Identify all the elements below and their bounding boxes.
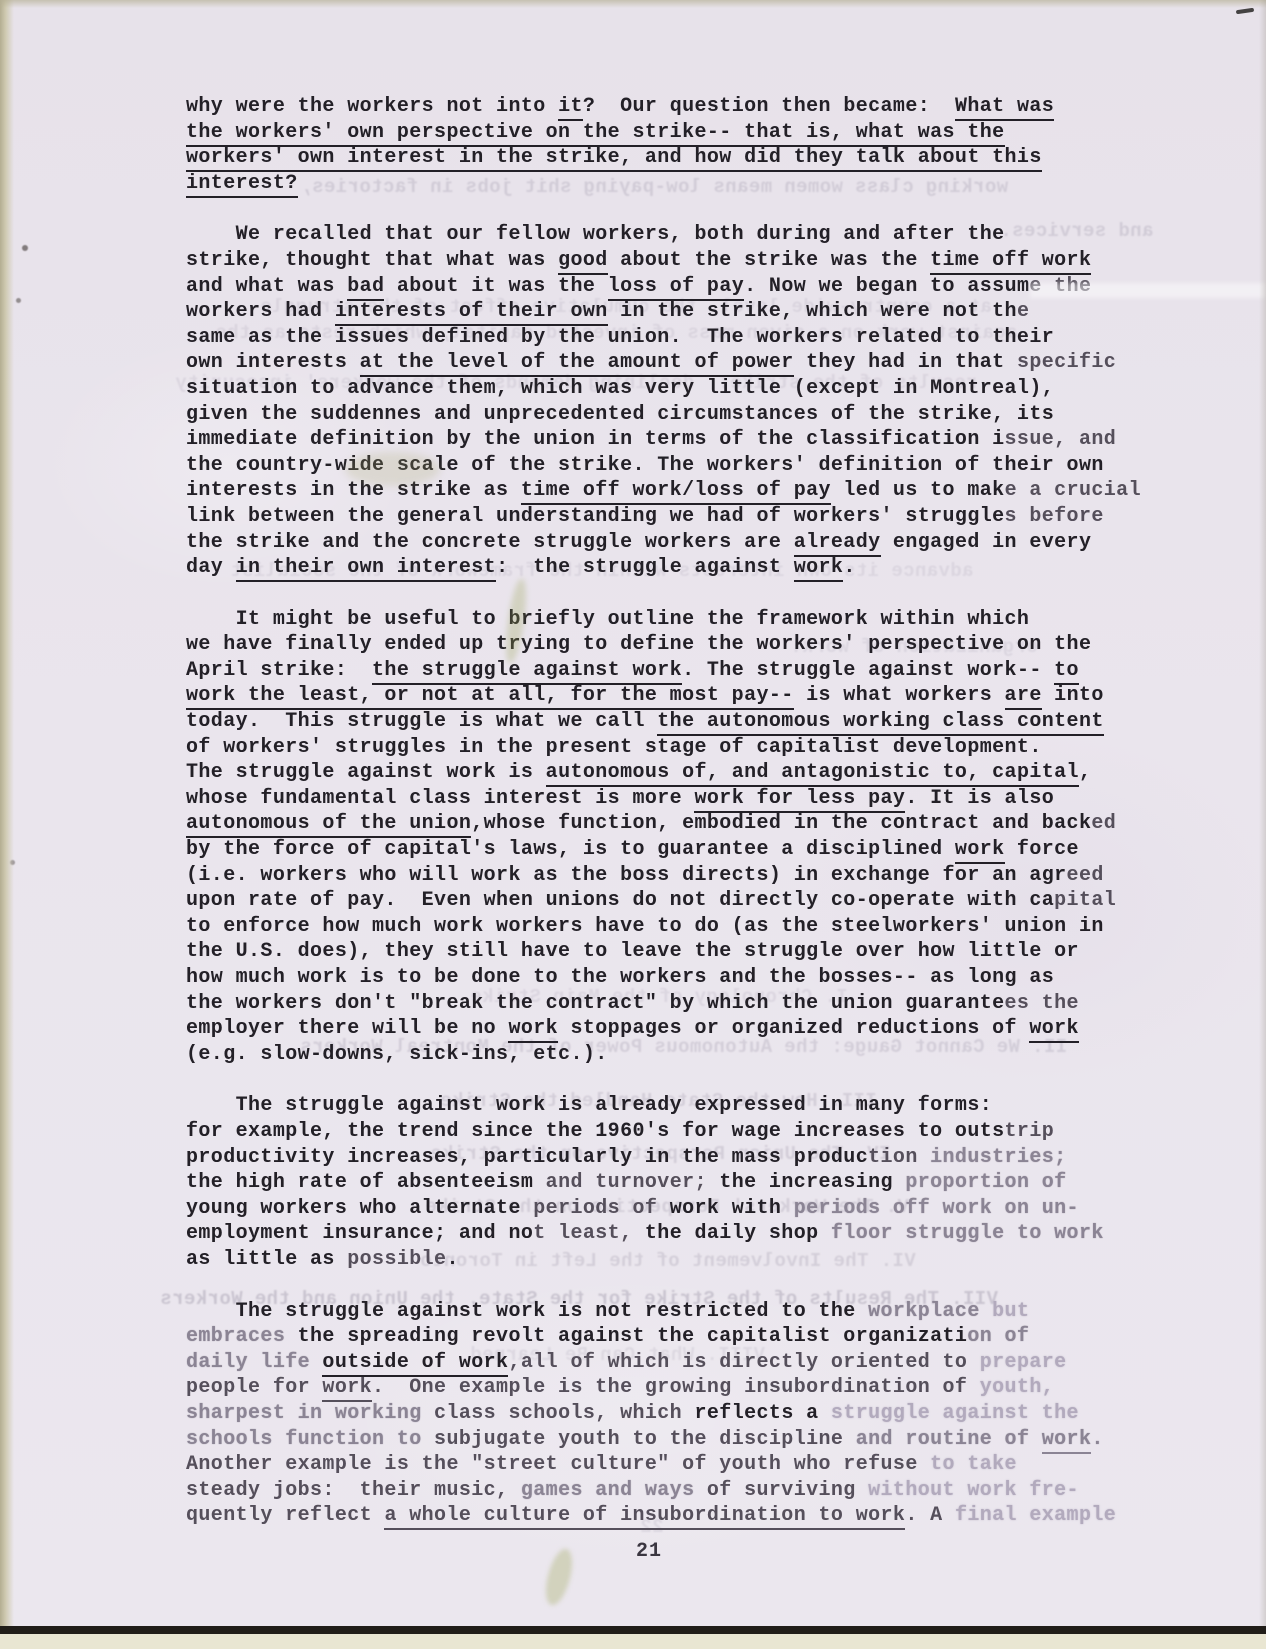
underlined-text-segment: work xyxy=(955,838,1005,864)
text-segment: the U.S. does), they still have to leave… xyxy=(186,940,1079,963)
text-line: quently reflect a whole culture of insub… xyxy=(186,1503,1141,1529)
page-number: 21 xyxy=(636,1540,662,1563)
text-segment: given the suddennes and unprecedented ci… xyxy=(186,403,1054,426)
text-line: interest? xyxy=(186,171,1141,197)
text-segment: embraces xyxy=(186,1325,285,1348)
text-line: upon rate of pay. Even when unions do no… xyxy=(186,888,1141,914)
text-line: people for work. One example is the grow… xyxy=(186,1375,1141,1401)
text-line: April strike: the struggle against work.… xyxy=(186,658,1141,684)
text-segment: situation to advance them, which was ver… xyxy=(186,377,1054,400)
underlined-text-segment: the autonomous working class content xyxy=(657,710,1103,736)
text-segment: to enforce how much work workers have to… xyxy=(186,915,1104,938)
underlined-text-segment: in their own interest xyxy=(236,556,496,582)
text-segment: prepare xyxy=(980,1351,1067,1374)
text-line: and what was bad about it was the loss o… xyxy=(186,274,1141,300)
text-segment: engaged in every xyxy=(881,531,1092,554)
underlined-text-segment: work xyxy=(1029,1017,1079,1043)
text-segment: productivity increases, particularly in … xyxy=(186,1146,868,1169)
text-line: today. This struggle is what we call the… xyxy=(186,709,1141,735)
text-segment: class schools, which xyxy=(434,1402,694,1425)
text-line: The struggle against work is already exp… xyxy=(186,1093,1141,1119)
text-line: strike, thought that what was good about… xyxy=(186,248,1141,274)
text-segment: upon rate of pay. Even when unions do no… xyxy=(186,889,1054,912)
text-segment: pital xyxy=(1054,889,1116,912)
text-line: the U.S. does), they still have to leave… xyxy=(186,939,1141,965)
text-segment: trip xyxy=(1005,1120,1055,1143)
page-right-edge xyxy=(1259,0,1266,1649)
underlined-text-segment: at the level of the amount of power xyxy=(360,351,794,377)
underlined-text-segment: time off work xyxy=(930,249,1091,275)
text-segment: Another example is the "street culture" … xyxy=(186,1453,930,1476)
text-line: situation to advance them, which was ver… xyxy=(186,376,1141,402)
text-segment: periods of xyxy=(533,1197,669,1220)
scan-bottom-edge-line xyxy=(0,1626,1266,1634)
text-segment: why were the workers not into xyxy=(186,95,558,118)
text-segment: the high rate of absenteeism xyxy=(186,1171,546,1194)
text-segment: It might be useful to briefly outline th… xyxy=(186,608,1029,631)
text-segment: . xyxy=(1091,1428,1103,1451)
text-segment: today. This struggle is what we call xyxy=(186,710,657,733)
text-line: as little as possible. xyxy=(186,1247,1141,1273)
text-segment: they had in that xyxy=(794,351,1017,374)
text-segment: the strike and the concrete struggle wor… xyxy=(186,531,794,554)
text-segment: led us to mak xyxy=(831,479,1005,502)
text-line: (i.e. workers who will work as the boss … xyxy=(186,863,1141,889)
text-segment: for example, the trend since the 1960's … xyxy=(186,1120,1005,1143)
text-segment: by the force of capital's laws, is to gu… xyxy=(186,838,955,861)
text-line: It might be useful to briefly outline th… xyxy=(186,607,1141,633)
text-segment: to take xyxy=(930,1453,1017,1476)
underlined-text-segment: work for less pay xyxy=(694,787,905,813)
text-segment: specific xyxy=(1017,351,1116,374)
text-segment: subjugate youth to the discipline xyxy=(434,1428,856,1451)
text-segment: immediate definition by the union in ter… xyxy=(186,428,1005,451)
scanned-document-page: working class women means low-paying shi… xyxy=(0,0,1266,1649)
text-line: immediate definition by the union in ter… xyxy=(186,427,1141,453)
text-segment: and routine of xyxy=(856,1428,1042,1451)
text-segment: about it was the xyxy=(384,275,607,298)
underlined-text-segment: What was xyxy=(955,95,1054,121)
text-segment: the country-wide scale of the strike. Th… xyxy=(186,454,1104,477)
text-segment: whose fundamental class interest is more xyxy=(186,787,694,810)
text-line: the strike and the concrete struggle wor… xyxy=(186,530,1141,556)
text-segment: employment insurance; and no xyxy=(186,1222,533,1245)
text-line: daily life outside of work,all of which … xyxy=(186,1350,1141,1376)
text-line: interests in the strike as time off work… xyxy=(186,478,1141,504)
text-segment: youth, xyxy=(980,1376,1054,1399)
text-segment: day xyxy=(186,556,236,579)
text-line: the workers don't "break the contract" b… xyxy=(186,991,1141,1017)
text-segment: the workers don't "break the contract" b… xyxy=(186,992,1005,1015)
paragraph: We recalled that our fellow workers, bot… xyxy=(186,222,1141,580)
text-segment: April strike: xyxy=(186,659,372,682)
text-line: We recalled that our fellow workers, bot… xyxy=(186,222,1141,248)
text-line: sharpest in working class schools, which… xyxy=(186,1401,1141,1427)
underlined-text-segment: are xyxy=(1005,684,1042,710)
text-segment: and what was xyxy=(186,275,347,298)
text-segment: about the strike was the xyxy=(608,249,930,272)
text-line: whose fundamental class interest is more… xyxy=(186,786,1141,812)
text-segment: . xyxy=(843,556,855,579)
underlined-text-segment: a whole culture of insubordination to wo… xyxy=(384,1504,905,1530)
text-line: for example, the trend since the 1960's … xyxy=(186,1119,1141,1145)
text-segment: s before xyxy=(1005,505,1104,528)
text-segment: . A xyxy=(905,1504,955,1527)
text-line: same as the issues defined by the union.… xyxy=(186,325,1141,351)
text-line: to enforce how much work workers have to… xyxy=(186,914,1141,940)
text-line: day in their own interest: the struggle … xyxy=(186,555,1141,581)
text-line: the country-wide scale of the strike. Th… xyxy=(186,453,1141,479)
underlined-text-segment: the workers' own perspective on the stri… xyxy=(186,121,1005,147)
text-segment: schools function to xyxy=(186,1428,434,1451)
underlined-text-segment: interest? xyxy=(186,172,298,198)
underlined-text-segment: work xyxy=(508,1017,558,1043)
underlined-text-segment: autonomous of the union xyxy=(186,812,471,838)
text-segment: t least, xyxy=(533,1222,645,1245)
text-segment: ed xyxy=(1091,812,1116,835)
text-segment: link between the general understanding w… xyxy=(186,505,1005,528)
text-segment: proportion of xyxy=(905,1171,1066,1194)
underlined-text-segment: it xyxy=(558,95,583,121)
page-left-edge xyxy=(0,0,14,1649)
text-segment: steady jobs: their music, xyxy=(186,1479,521,1502)
text-line: work the least, or not at all, for the m… xyxy=(186,683,1141,709)
text-line: the workers' own perspective on the stri… xyxy=(186,120,1141,146)
text-line: own interests at the level of the amount… xyxy=(186,350,1141,376)
text-segment: struggle against the xyxy=(831,1402,1079,1425)
text-segment: industries; xyxy=(930,1146,1066,1169)
text-segment: (e.g. slow-downs, sick-ins, etc.). xyxy=(186,1043,608,1066)
text-segment: force xyxy=(1005,838,1079,861)
paragraph: why were the workers not into it? Our qu… xyxy=(186,94,1141,196)
text-segment: the increasing xyxy=(719,1171,905,1194)
text-line: young workers who alternate periods of w… xyxy=(186,1196,1141,1222)
text-segment: the daily shop xyxy=(645,1222,831,1245)
text-line: The struggle against work is autonomous … xyxy=(186,760,1141,786)
scan-bottom-strip xyxy=(0,1634,1266,1649)
text-segment: final example xyxy=(955,1504,1116,1527)
text-segment: periods off work on un- xyxy=(794,1197,1079,1220)
text-segment: ,all of which is directly oriented to xyxy=(508,1351,979,1374)
text-segment: we have finally ended up trying to defin… xyxy=(186,633,1091,656)
text-line: productivity increases, particularly in … xyxy=(186,1145,1141,1171)
text-segment: employer there will be no xyxy=(186,1017,508,1040)
text-line: workers' own interest in the strike, and… xyxy=(186,145,1141,171)
text-segment: (i.e. workers who will work as the boss … xyxy=(186,864,1067,887)
text-segment: without work fre- xyxy=(868,1479,1079,1502)
text-segment: in the strike, which were not th xyxy=(608,300,1017,323)
underlined-text-segment: the struggle against work xyxy=(372,659,682,685)
underlined-text-segment: good xyxy=(558,249,608,275)
text-segment: as little as xyxy=(186,1248,347,1271)
paragraph: The struggle against work is already exp… xyxy=(186,1093,1141,1272)
text-segment: stoppages or organized reductions of xyxy=(558,1017,1029,1040)
text-segment: es the xyxy=(1005,992,1079,1015)
text-segment: interests in the strike as xyxy=(186,479,521,502)
text-segment: and turnover; xyxy=(546,1171,720,1194)
paragraph: It might be useful to briefly outline th… xyxy=(186,607,1141,1068)
text-segment: possible xyxy=(347,1248,446,1271)
text-segment: ,whose function, embodied in the contrac… xyxy=(471,812,1091,835)
scan-light-band xyxy=(1030,283,1266,298)
text-segment: same as the issues defined by the union.… xyxy=(186,326,1054,349)
underlined-text-segment: already xyxy=(794,531,881,557)
text-segment: . The struggle against work-- xyxy=(682,659,1054,682)
text-line: the high rate of absenteeism and turnove… xyxy=(186,1170,1141,1196)
paragraph: The struggle against work is not restric… xyxy=(186,1299,1141,1529)
text-line: by the force of capital's laws, is to gu… xyxy=(186,837,1141,863)
text-segment: young workers who alternate xyxy=(186,1197,533,1220)
text-segment: how much work is to be done to the worke… xyxy=(186,966,1054,989)
underlined-text-segment: work xyxy=(1042,1428,1092,1454)
underlined-text-segment: loss of pay xyxy=(608,275,744,301)
text-segment: own interests xyxy=(186,351,360,374)
text-segment: ssue, and xyxy=(1005,428,1117,451)
text-segment: games and ways xyxy=(521,1479,707,1502)
underlined-text-segment: bad xyxy=(347,275,384,301)
text-segment: the spreading revolt against the capital… xyxy=(285,1325,967,1348)
text-segment: quently reflect xyxy=(186,1504,384,1527)
text-segment: . One example is the growing insubordina… xyxy=(372,1376,980,1399)
text-segment: strike, thought that what was xyxy=(186,249,558,272)
underlined-text-segment: work xyxy=(794,556,844,582)
text-line: why were the workers not into it? Our qu… xyxy=(186,94,1141,120)
underlined-text-segment: time off work/loss of pay xyxy=(521,479,831,505)
text-line: autonomous of the union,whose function, … xyxy=(186,811,1141,837)
page-top-edge xyxy=(0,0,1266,8)
text-segment: . It is also xyxy=(905,787,1054,810)
paper-speck xyxy=(16,298,21,303)
text-segment: ? Our question then became: xyxy=(583,95,955,118)
text-line: link between the general understanding w… xyxy=(186,504,1141,530)
text-line: embraces the spreading revolt against th… xyxy=(186,1324,1141,1350)
text-line: steady jobs: their music, games and ways… xyxy=(186,1478,1141,1504)
text-line: The struggle against work is not restric… xyxy=(186,1299,1141,1325)
text-segment: The struggle against work is xyxy=(186,761,546,784)
text-segment: is what workers xyxy=(794,684,1005,707)
text-segment: : the struggle against xyxy=(496,556,794,579)
text-segment: tion xyxy=(868,1146,930,1169)
underlined-text-segment: work xyxy=(322,1376,372,1402)
text-line: of workers' struggles in the present sta… xyxy=(186,735,1141,761)
text-segment: We recalled that our fellow workers, bot… xyxy=(186,223,1005,246)
text-line: we have finally ended up trying to defin… xyxy=(186,632,1141,658)
text-segment: of surviving xyxy=(707,1479,868,1502)
text-line: employer there will be no work stoppages… xyxy=(186,1016,1141,1042)
text-segment: but xyxy=(992,1300,1029,1323)
text-segment: floor struggle to work xyxy=(831,1222,1104,1245)
text-segment: e xyxy=(1017,300,1029,323)
typewritten-text-block: why were the workers not into it? Our qu… xyxy=(186,94,1141,1529)
text-segment: The struggle against work is not restric… xyxy=(186,1300,868,1323)
text-line: workers had interests of their own in th… xyxy=(186,299,1141,325)
underlined-text-segment: outside of work xyxy=(322,1351,508,1377)
text-segment: people for xyxy=(186,1376,322,1399)
text-segment: daily life xyxy=(186,1351,322,1374)
fiber-scratch xyxy=(541,1546,577,1608)
text-segment: . Now we began to assum xyxy=(744,275,1029,298)
text-segment: of workers' struggles in the present sta… xyxy=(186,736,1042,759)
text-segment: , xyxy=(1079,761,1091,784)
text-segment: The struggle against work is already exp… xyxy=(186,1094,992,1117)
text-line: employment insurance; and not least, the… xyxy=(186,1221,1141,1247)
text-segment: on of xyxy=(967,1325,1029,1348)
underlined-text-segment: interests of their own xyxy=(335,300,608,326)
text-segment: reflects a xyxy=(695,1402,831,1425)
text-line: how much work is to be done to the worke… xyxy=(186,965,1141,991)
text-line: Another example is the "street culture" … xyxy=(186,1452,1141,1478)
text-segment: e a crucial xyxy=(1005,479,1141,502)
paper-speck xyxy=(22,245,28,251)
text-segment: into xyxy=(1042,684,1104,707)
text-segment: . xyxy=(446,1248,458,1271)
underlined-text-segment: autonomous of, and antagonistic to, capi… xyxy=(546,761,1079,787)
underlined-text-segment: to xyxy=(1054,659,1079,685)
text-line: given the suddennes and unprecedented ci… xyxy=(186,402,1141,428)
text-segment: eed xyxy=(1067,864,1104,887)
scan-corner-mark xyxy=(1236,8,1254,14)
text-segment: workers had xyxy=(186,300,335,323)
underlined-text-segment: work the least, or not at all, for the m… xyxy=(186,684,794,710)
text-segment: sharpest in working xyxy=(186,1402,434,1425)
underlined-text-segment: workers' own interest in the strike, and… xyxy=(186,146,1042,172)
text-segment: workplace xyxy=(868,1300,992,1323)
text-line: schools function to subjugate youth to t… xyxy=(186,1427,1141,1453)
text-segment: work with xyxy=(670,1197,794,1220)
text-line: (e.g. slow-downs, sick-ins, etc.). xyxy=(186,1042,1141,1068)
